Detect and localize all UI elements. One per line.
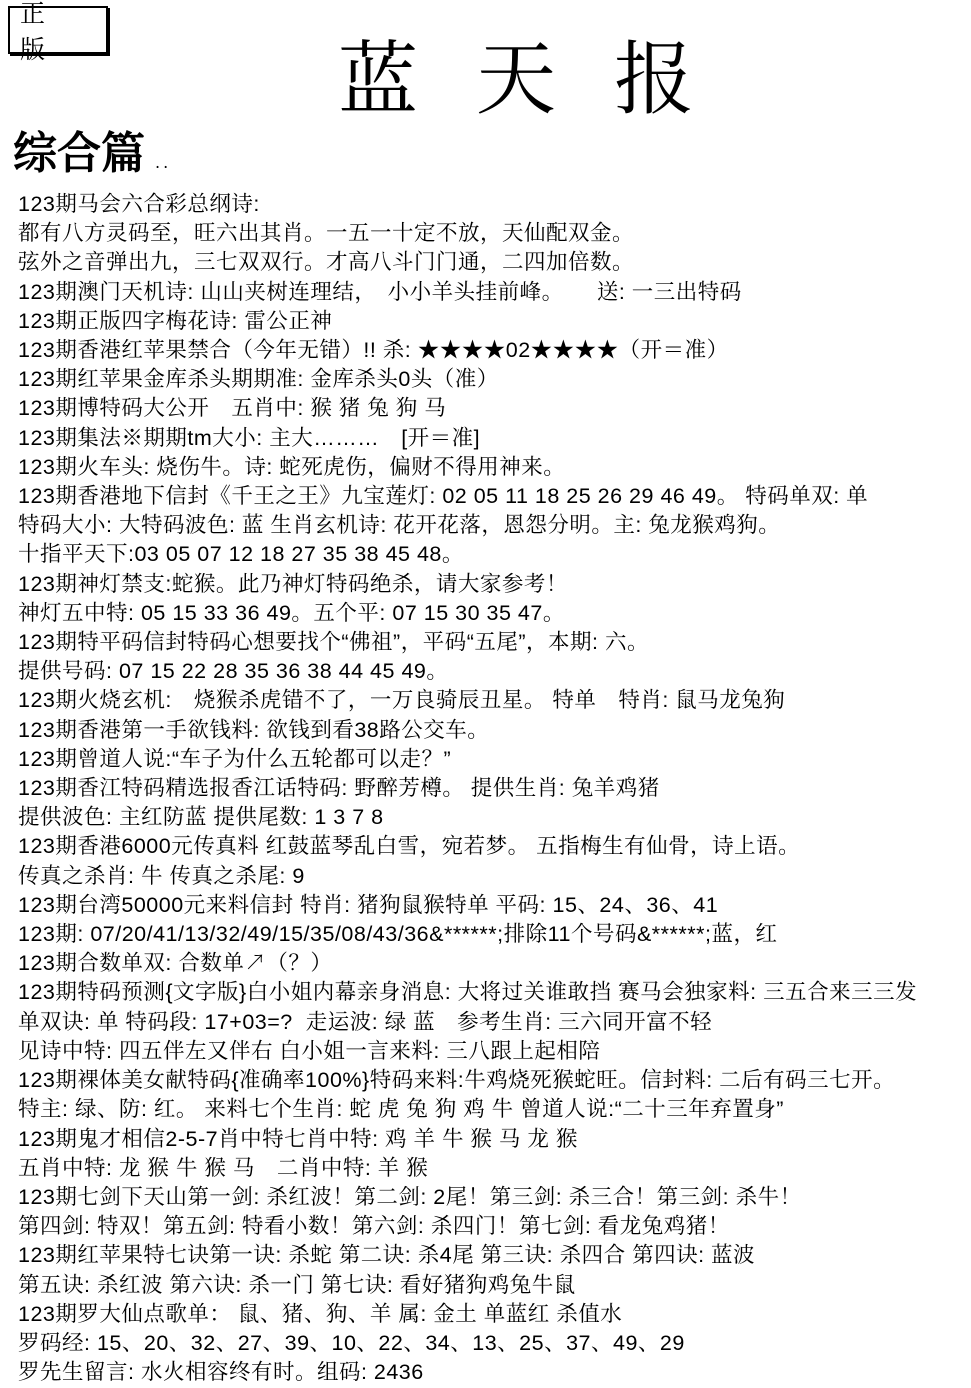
text-line: 神灯五中特: 05 15 33 36 49。五个平: 07 15 30 35 4… (18, 599, 968, 628)
text-line: 提供波色: 主红防蓝 提供尾数: 1 3 7 8 (18, 803, 968, 832)
text-line: 提供号码: 07 15 22 28 35 36 38 44 45 49。 (18, 657, 968, 686)
text-line: 123期曾道人说:“车子为什么五轮都可以走？” (18, 745, 968, 774)
text-line: 123期澳门天机诗: 山山夹树连理结， 小小羊头挂前峰。 送: 一三出特码 (18, 278, 968, 307)
text-line: 123期马会六合彩总纲诗: (18, 190, 968, 219)
text-line: 123期香港第一手欲钱料: 欲钱到看38路公交车。 (18, 716, 968, 745)
text-line: 123期七剑下天山第一剑: 杀红波！第二剑: 2尾！第三剑: 杀三合！第三剑: … (18, 1183, 968, 1212)
text-line: 123期香江特码精选报香江话特码: 野醉芳樽。 提供生肖: 兔羊鸡猪 (18, 774, 968, 803)
text-line: 特码大小: 大特码波色: 蓝 生肖玄机诗: 花开花落，恩怨分明。主: 兔龙猴鸡狗… (18, 511, 968, 540)
newspaper-title: 蓝天报 (338, 40, 752, 120)
text-line: 123期罗大仙点歌单： 鼠、猪、狗、羊 属: 金土 单蓝红 杀值水 (18, 1300, 968, 1329)
text-line: 单双诀: 单 特码段: 17+03=? 走运波: 绿 蓝 参考生肖: 三六同开富… (18, 1008, 968, 1037)
section-heading-dots: .. (155, 153, 171, 172)
text-line: 第五诀: 杀红波 第六诀: 杀一门 第七诀: 看好猪狗鸡兔牛鼠 (18, 1271, 968, 1300)
text-line: 十指平天下:03 05 07 12 18 27 35 38 45 48。 (18, 540, 968, 569)
content-lines: 123期马会六合彩总纲诗:都有八方灵码至，旺六出其肖。一五一十定不放，天仙配双金… (18, 190, 968, 1387)
text-line: 123期香港地下信封《千王之王》九宝莲灯: 02 05 11 18 25 26 … (18, 482, 968, 511)
section-heading: 综合篇.. (13, 132, 171, 176)
text-line: 123期合数单双: 合数单↗（？） (18, 949, 968, 978)
text-line: 123期特码预测{文字版}白小姐内幕亲身消息: 大将过关谁敢挡 赛马会独家料: … (18, 978, 968, 1007)
text-line: 特主: 绿、防: 红。 来料七个生肖: 蛇 虎 兔 狗 鸡 牛 曾道人说:“二十… (18, 1095, 968, 1124)
text-line: 123期鬼才相信2-5-7肖中特七肖中特: 鸡 羊 牛 猴 马 龙 猴 (18, 1125, 968, 1154)
text-line: 123期台湾50000元来料信封 特肖: 猪狗鼠猴特单 平码: 15、24、36… (18, 891, 968, 920)
text-line: 123期特平码信封特码心想要找个“佛祖”，平码“五尾”，本期: 六。 (18, 628, 968, 657)
text-line: 都有八方灵码至，旺六出其肖。一五一十定不放，天仙配双金。 (18, 219, 968, 248)
text-line: 123期博特码大公开 五肖中: 猴 猪 兔 狗 马 (18, 394, 968, 423)
authentic-edition-badge: 正 版 (8, 6, 108, 54)
text-line: 123期红苹果特七诀第一诀: 杀蛇 第二诀: 杀4尾 第三诀: 杀四合 第四诀:… (18, 1241, 968, 1270)
text-line: 弦外之音弹出九，三七双双行。才高八斗门门通，二四加倍数。 (18, 248, 968, 277)
text-line: 第四剑: 特双！第五剑: 特看小数！第六剑: 杀四门！第七剑: 看龙兔鸡猪！ (18, 1212, 968, 1241)
text-line: 传真之杀肖: 牛 传真之杀尾: 9 (18, 862, 968, 891)
text-line: 罗先生留言: 水火相容终有时。组码: 2436 (18, 1358, 968, 1387)
text-line: 123期香港6000元传真料 红鼓蓝琴乱白雪，宛若梦。 五指梅生有仙骨，诗上语。 (18, 832, 968, 861)
text-line: 五肖中特: 龙 猴 牛 猴 马 二肖中特: 羊 猴 (18, 1154, 968, 1183)
text-line: 123期神灯禁支:蛇猴。此乃神灯特码绝杀，请大家参考！ (18, 570, 968, 599)
badge-label: 正 版 (20, 0, 106, 66)
section-heading-text: 综合篇 (13, 128, 145, 179)
text-line: 123期集法※期期tm大小: 主大……… [开＝准] (18, 424, 968, 453)
text-line: 123期: 07/20/41/13/32/49/15/35/08/43/36&*… (18, 920, 968, 949)
text-line: 123期火烧玄机: 烧猴杀虎错不了，一万良骑辰丑星。 特单 特肖: 鼠马龙兔狗 (18, 686, 968, 715)
text-line: 见诗中特: 四五伴左又伴右 白小姐一言来料: 三八跟上起相陪 (18, 1037, 968, 1066)
text-line: 123期正版四字梅花诗: 雷公正神 (18, 307, 968, 336)
text-line: 罗码经: 15、20、32、27、39、10、22、34、13、25、37、49… (18, 1329, 968, 1358)
text-line: 123期红苹果金库杀头期期准: 金库杀头0头（准） (18, 365, 968, 394)
text-line: 123期火车头: 烧伤牛。诗: 蛇死虎伤，偏财不得用神来。 (18, 453, 968, 482)
text-line: 123期裸体美女献特码{准确率100%}特码来料:牛鸡烧死猴蛇旺。信封料: 二后… (18, 1066, 968, 1095)
text-line: 123期香港红苹果禁合（今年无错）!! 杀: ★★★★02★★★★（开＝准） (18, 336, 968, 365)
